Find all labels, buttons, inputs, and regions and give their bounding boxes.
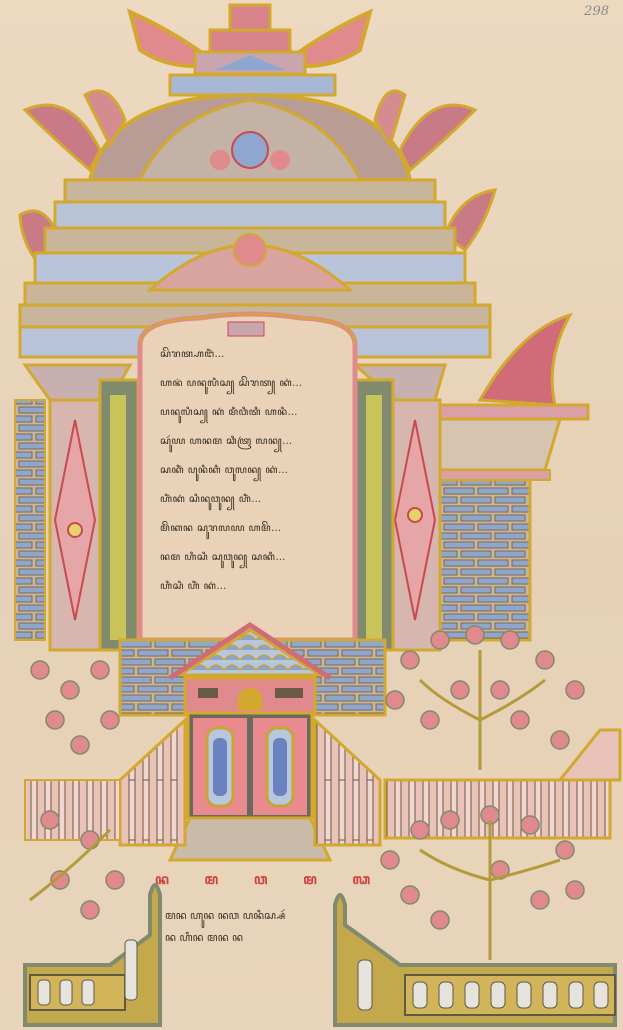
balustrade-base (25, 885, 615, 1025)
colophon-line: ꦤ ꦲꦶꦤ ꦩꦤ ꦤ (165, 927, 285, 949)
crown-finial (130, 5, 370, 95)
script-line: ꦤꦩ ꦲꦶꦱꦶ ꦱꦸꦮꦸꦤ꧀ ꦱꦏꦶ… (160, 543, 345, 572)
red-mark: ꦩ (205, 868, 219, 897)
script-line: ꦲꦶꦁꦏꦁ ꦱꦶꦤꦸꦮꦸꦤ꧀ ꦲꦶꦁ… (160, 485, 345, 514)
script-line: ꦥꦤꦸꦭꦶꦱ꧀ ꦏꦁ ꦩꦶꦮꦶꦠꦶ ꦲꦤꦶ… (160, 398, 345, 427)
colophon-text: ꦩꦤ ꦲꦸꦤ ꦤꦮ ꦥꦤꦶꦱ꧀ꦱꦂ ꦤ ꦲꦶꦤ ꦩꦤ ꦤ (165, 905, 285, 949)
small-gatehouse (170, 625, 330, 860)
left-brick-wall (15, 400, 45, 640)
text-panel-script: ꦱꦼꦫꦠ꧀ꦲꦔꦶꦁ… ꦲꦤꦁ ꦥꦤꦸꦭꦶꦱ꧀ ꦱꦼꦫꦠ꧀ ꦏꦁ… ꦥꦤꦸꦭꦶꦱ꧀… (160, 340, 345, 601)
manuscript-page: 298 (0, 0, 623, 1030)
script-line: ꦲꦤꦁ ꦥꦤꦸꦭꦶꦱ꧀ ꦱꦼꦫꦠ꧀ ꦏꦁ… (160, 369, 345, 398)
script-line: ꦱꦼꦫꦠ꧀ꦲꦔꦶꦁ… (160, 340, 345, 369)
script-line: ꦩꦼꦁꦏꦤ ꦱꦸꦫꦭꦪ ꦲꦩꦼ… (160, 514, 345, 543)
red-ink-marks: ꦤ ꦩ ꦮ ꦩ ꦓ (155, 868, 370, 897)
upper-dome (90, 95, 410, 180)
red-mark: ꦩ (303, 868, 317, 897)
right-pillar (355, 365, 445, 650)
script-line: ꦱꦏꦶꦁ ꦥꦸꦤꦶꦏꦶ ꦮꦸꦭꦤ꧀ ꦏꦁ… (160, 456, 345, 485)
red-mark: ꦤ (155, 868, 169, 897)
red-mark: ꦓ (352, 868, 370, 897)
colophon-line: ꦩꦤ ꦲꦸꦤ ꦤꦮ ꦥꦤꦶꦱ꧀ꦱꦂ (165, 905, 285, 927)
script-line: ꦲꦶꦱꦶ ꦲꦶꦁ ꦏꦁ… (160, 572, 345, 601)
script-line: ꦱꦸꦂꦪ ꦲꦤꦩ ꦕꦶꦠꦿ ꦭꦤ꧀… (160, 427, 345, 456)
right-brick-wall (440, 480, 530, 640)
red-mark: ꦮ (254, 868, 268, 897)
